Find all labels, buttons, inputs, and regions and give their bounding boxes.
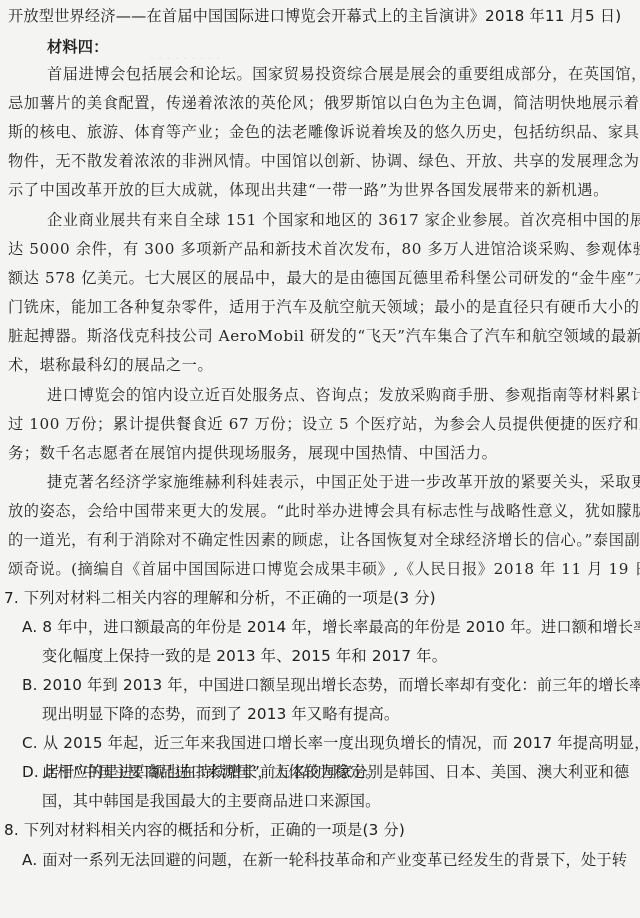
question-8-option-a: A. 面对一系列无法回避的问题，在新一轮科技革命和产业变革已经发生的背景下，处于…: [22, 850, 627, 870]
paragraph-line: 斯的核电、旅游、体育等产业；金色的法老雕像诉说着埃及的悠久历史，包括纺织品、家具…: [8, 122, 640, 142]
paragraph-line: 术，堪称最科幻的展品之一。: [8, 355, 213, 375]
question-7-option-b: B. 2010 年到 2013 年，中国进口额呈现出增长态势，而增长率却有变化：…: [22, 675, 640, 695]
exam-page: · · · · · · · · · 开放型世界经济——在首届中国国际进口博览会开…: [0, 0, 640, 918]
paragraph-line: 物件，无不散发着浓浓的非洲风情。中国馆以创新、协调、绿色、开放、共享的发展理念为…: [8, 151, 640, 171]
paragraph-line: 捷克著名经济学家施维赫利科娃表示，中国正处于进一步改革开放的紧要关头，采取更加开: [47, 472, 640, 492]
question-7-option-d-cont: 国，其中韩国是我国最大的主要商品进口来源国。: [42, 791, 381, 811]
paragraph-line: 达 5000 余件，有 300 多项新产品和新技术首次发布，80 多万人进馆洽谈…: [8, 239, 640, 259]
question-7-stem: 7. 下列对材料二相关内容的理解和分析，不正确的一项是(3 分): [4, 588, 436, 608]
question-7-option-b-cont: 现出明显下降的态势，而到了 2013 年又略有提高。: [42, 704, 399, 724]
source-citation-line: 开放型世界经济——在首届中国国际进口博览会开幕式上的主旨演讲》2018 年11 …: [8, 6, 621, 26]
paragraph-line: 脏起搏器。斯洛伐克科技公司 AeroMobil 研发的“飞天”汽车集合了汽车和航…: [8, 326, 640, 346]
paragraph-line: 额达 578 亿美元。七大展区的展品中，最大的是由德国瓦德里希科堡公司研发的“金…: [8, 268, 640, 288]
paragraph-line: 门铣床，能加工各种复杂零件，适用于汽车及航空航天领域；最小的是直径只有硬币大小的…: [8, 297, 640, 317]
question-7-option-c: C. 从 2015 年起，近三年来我国进口增长率一度出现负增长的情况，而 201…: [22, 733, 640, 753]
question-7-option-a: A. 8 年中，进口额最高的年份是 2014 年，增长率最高的年份是 2010 …: [22, 617, 640, 637]
paragraph-line: 务；数千名志愿者在展馆内提供现场服务，展现中国热情、中国活力。: [8, 443, 497, 463]
source-citation-line: 颂奇说。(摘编自《首届中国国际进口博览会成果丰硕》,《人民日报》2018 年 1…: [8, 559, 640, 579]
question-7-option-a-cont: 变化幅度上保持一致的是 2013 年、2015 年和 2017 年。: [42, 646, 447, 666]
paragraph-line: 示了中国改革开放的巨大成就，体现出共建“一带一路”为世界各国发展带来的新机遇。: [8, 180, 609, 200]
question-8-stem: 8. 下列对材料相关内容的概括和分析，正确的一项是(3 分): [4, 820, 405, 840]
paragraph-line: 忌加薯片的美食配置，传递着浓浓的英伦风；俄罗斯馆以白色为主色调，简洁明快地展示着…: [8, 93, 640, 113]
paragraph-line: 的一道光，有利于消除对不确定性因素的顾虑，让各国恢复对全球经济增长的信心。”泰国…: [8, 530, 640, 550]
material-four-heading: 材料四：: [47, 37, 109, 57]
paragraph-line: 首届进博会包括展会和论坛。国家贸易投资综合展是展会的重要组成部分，在英国馆，威士: [47, 64, 640, 84]
paragraph-line: 企业商业展共有来自全球 151 个国家和地区的 3617 家企业参展。首次亮相中…: [47, 210, 640, 230]
paragraph-line: 进口博览会的馆内设立近百处服务点、咨询点；发放采购商手册、参观指南等材料累计超: [47, 385, 640, 405]
paragraph-line: 放的姿态，会给中国带来更大的发展。“此时举办进博会具有标志性与战略性意义，犹如朦…: [8, 501, 640, 521]
paragraph-line: 过 100 万份；累计提供餐食近 67 万份；设立 5 个医疗站，为参会人员提供…: [8, 414, 640, 434]
question-7-option-d: D. 居于“中国主要商品进口来源国”前五名的国家分别是韩国、日本、美国、澳大利亚…: [22, 762, 629, 782]
